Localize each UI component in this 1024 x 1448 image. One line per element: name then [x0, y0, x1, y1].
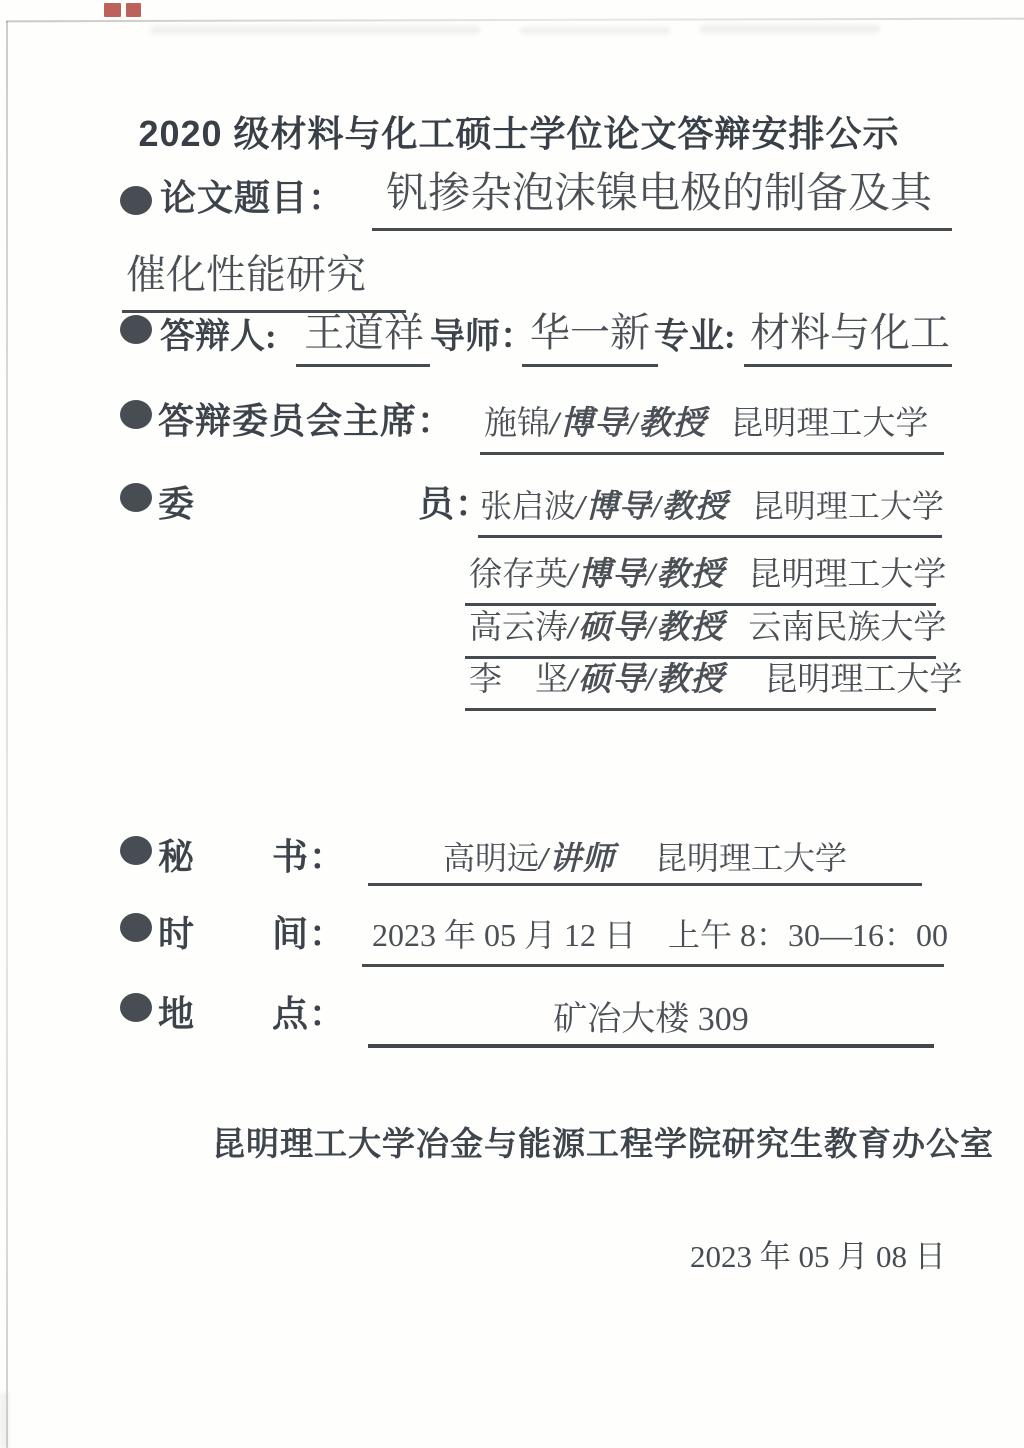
- member-name: 徐存英: [469, 557, 568, 593]
- bullet-icon: [120, 483, 152, 512]
- time-value: 2023 年 05 月 12 日 上午 8：30—16：00: [362, 904, 944, 967]
- red-mark-icon: [104, 3, 121, 17]
- location-label-left: 地: [158, 986, 195, 1037]
- secretary-label-right: 书：: [272, 829, 346, 880]
- major-name: 材料与化工: [744, 301, 952, 367]
- footer-office: 昆明理工大学冶金与能源工程学院研究生教育办公室: [212, 1118, 994, 1165]
- defender-label: 答辩人:: [160, 309, 277, 359]
- member-org: 云南民族大学: [748, 610, 946, 646]
- major-label: 专业:: [654, 309, 736, 359]
- bullet-icon: [120, 913, 152, 942]
- member-org: 昆明理工大学: [748, 557, 946, 593]
- bullet-icon: [120, 836, 152, 865]
- red-mark-icon: [126, 3, 141, 17]
- time-label-left: 时: [158, 906, 195, 957]
- member-title: /硕导/教授: [568, 662, 724, 698]
- bullet-icon: [120, 993, 152, 1022]
- footer-date: 2023 年 05 月 08 日: [690, 1231, 946, 1276]
- scan-smudge: [520, 27, 670, 34]
- defender-name: 王道祥: [296, 301, 430, 367]
- member-org: 昆明理工大学: [764, 662, 962, 698]
- secretary-title: /讲师: [539, 833, 615, 879]
- committee-member-row: 张启波/博导/教授昆明理工大学: [478, 479, 942, 538]
- advisor-name: 华一新: [522, 301, 658, 367]
- secretary-name: 高明远: [443, 833, 539, 879]
- chair-org: 昆明理工大学: [730, 406, 928, 442]
- time-label-right: 间：: [272, 906, 346, 957]
- committee-member-row: 李 坚/硕导/教授昆明理工大学: [465, 651, 936, 711]
- bullet-icon: [120, 315, 152, 344]
- committee-label-left: 委: [158, 476, 195, 527]
- member-org: 昆明理工大学: [752, 488, 944, 524]
- chair-label: 答辩委员会主席：: [158, 393, 454, 444]
- secretary-label-left: 秘: [158, 829, 195, 880]
- member-title: /博导/教授: [576, 488, 728, 524]
- chair-value: 施锦/博导/教授昆明理工大学: [480, 395, 944, 455]
- committee-member-row: 高云涛/硕导/教授云南民族大学: [465, 599, 936, 659]
- chair-title: /博导/教授: [550, 406, 706, 442]
- scan-edge-left: [6, 21, 8, 1448]
- thesis-title-label: 论文题目：: [160, 170, 345, 221]
- scan-corner-shadow: [0, 1392, 9, 1448]
- chair-name: 施锦: [484, 406, 550, 442]
- committee-member-row: 徐存英/博导/教授昆明理工大学: [465, 546, 936, 606]
- scan-smudge: [150, 26, 480, 34]
- location-value: 矿冶大楼 309: [368, 984, 934, 1048]
- member-title: /博导/教授: [568, 557, 724, 593]
- thesis-title-line1: 钒掺杂泡沫镍电极的制备及其: [372, 160, 952, 231]
- bullet-icon: [120, 186, 152, 215]
- advisor-label: 导师：: [430, 309, 535, 359]
- scan-smudge: [700, 25, 880, 33]
- scan-edge-top: [6, 18, 1024, 23]
- bullet-icon: [120, 400, 152, 429]
- scanned-announcement-page: 2020 级材料与化工硕士学位论文答辩安排公示 论文题目： 钒掺杂泡沫镍电极的制…: [0, 0, 1024, 1448]
- location-label-right: 点：: [272, 986, 346, 1037]
- member-name: 高云涛: [469, 610, 568, 646]
- page-title: 2020 级材料与化工硕士学位论文答辩安排公示: [0, 106, 1024, 157]
- member-name: 李 坚: [469, 662, 568, 698]
- member-title: /硕导/教授: [568, 610, 724, 646]
- member-name: 张启波: [480, 488, 576, 524]
- secretary-org: 昆明理工大学: [655, 833, 847, 879]
- secretary-value: 高明远/讲师昆明理工大学: [368, 827, 922, 886]
